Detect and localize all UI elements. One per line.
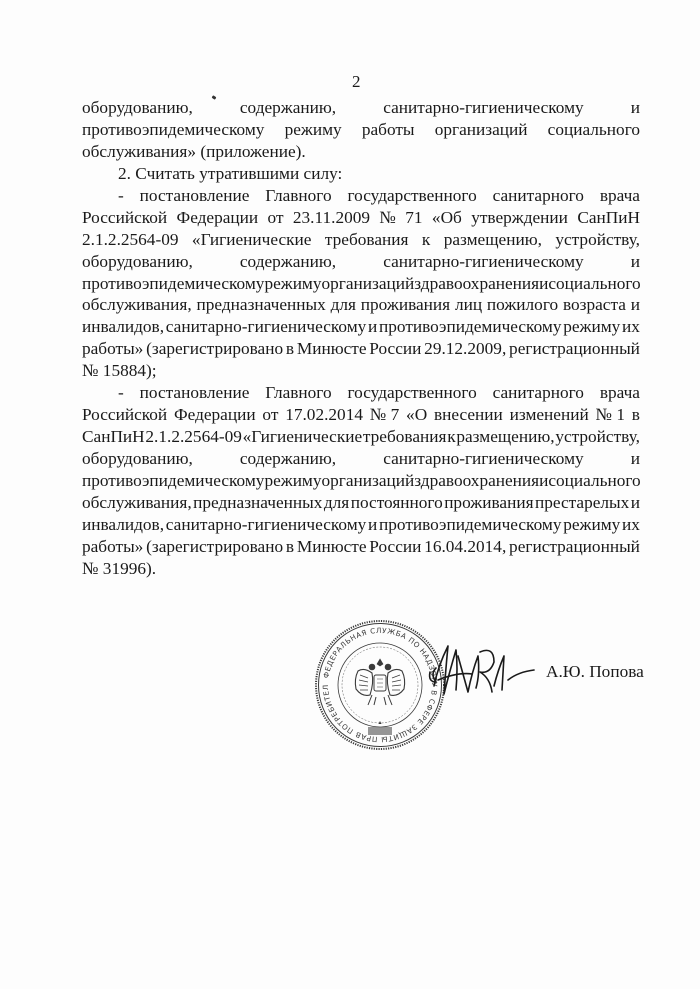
word: пожилого xyxy=(487,294,558,316)
word: санитарно-гигиеническому xyxy=(383,97,583,119)
word: - xyxy=(118,382,124,404)
word: постоянного xyxy=(351,492,443,514)
word: (зарегистрировано xyxy=(146,338,283,360)
word: «Гигиенические xyxy=(243,426,363,448)
word: для xyxy=(324,492,349,514)
text-line: 2.1.2.2564-09«Гигиеническиетребованиякра… xyxy=(82,229,640,251)
word: и xyxy=(539,273,548,295)
page-number: 2 xyxy=(352,73,361,90)
word: Российской xyxy=(82,404,167,426)
word: России xyxy=(369,338,421,360)
word: (зарегистрировано xyxy=(146,536,283,558)
text-line: обслуживания,предназначенныхдляпостоянно… xyxy=(82,492,640,514)
svg-text:ФЕДЕРАЛЬНАЯ СЛУЖБА ПО НАДЗОРУ: ФЕДЕРАЛЬНАЯ СЛУЖБА ПО НАДЗОРУ В СФЕРЕ ЗА… xyxy=(314,619,439,744)
text-line: -постановлениеГлавногогосударственногоса… xyxy=(82,185,640,207)
signer-name: А.Ю. Попова xyxy=(546,662,644,682)
text-line: инвалидов,санитарно-гигиеническомуипроти… xyxy=(82,316,640,338)
word: СанПиН xyxy=(82,426,145,448)
word: требования xyxy=(363,426,447,448)
text-line: работы»(зарегистрировановМинюстеРоссии16… xyxy=(82,536,640,558)
official-seal-icon: ФЕДЕРАЛЬНАЯ СЛУЖБА ПО НАДЗОРУ В СФЕРЕ ЗА… xyxy=(314,619,446,751)
word: от xyxy=(268,207,284,229)
word: «Об xyxy=(432,207,462,229)
word: СанПиН xyxy=(577,207,640,229)
word: организаций xyxy=(322,273,415,295)
text-line: работы»(зарегистрировановМинюстеРоссии29… xyxy=(82,338,640,360)
text-line: противоэпидемическомурежимуорганизацийзд… xyxy=(82,470,640,492)
word: 71 xyxy=(405,207,422,229)
word: и xyxy=(368,316,377,338)
word: режиму xyxy=(264,273,321,295)
text-line: 2. Считать утратившими силу: xyxy=(82,163,640,185)
word: врача xyxy=(600,185,640,207)
word: санитарно-гигиеническому xyxy=(383,251,583,273)
word: режиму xyxy=(563,316,620,338)
word: изменений xyxy=(510,404,589,426)
word: Федерации xyxy=(174,404,256,426)
word: здравоохранения xyxy=(414,470,539,492)
word: регистрационный xyxy=(509,536,640,558)
text-line: СанПиН2.1.2.2564-09«Гигиеническиетребова… xyxy=(82,426,640,448)
word: в xyxy=(286,338,294,360)
text-line: РоссийскойФедерацииот23.11.2009№71«Обутв… xyxy=(82,207,640,229)
text-line: инвалидов,санитарно-гигиеническомуипроти… xyxy=(82,514,640,536)
word: Главного xyxy=(265,185,331,207)
text-line: оборудованию,содержанию,санитарно-гигиен… xyxy=(82,251,640,273)
word: организаций xyxy=(435,119,528,141)
word: Минюсте xyxy=(297,536,367,558)
word: санитарного xyxy=(493,382,584,404)
word: проживания xyxy=(361,294,450,316)
word: внесении xyxy=(434,404,503,426)
word: № 1 xyxy=(596,404,625,426)
word: противоэпидемическому xyxy=(379,514,561,536)
text-line: противоэпидемическомурежимуработыорганиз… xyxy=(82,119,640,141)
word: к xyxy=(422,229,430,251)
document-body: оборудованию,содержанию,санитарно-гигиен… xyxy=(82,97,640,580)
word: Минюсте xyxy=(297,338,367,360)
word: здравоохранения xyxy=(414,273,539,295)
word: и xyxy=(631,294,640,316)
word: Федерации xyxy=(177,207,259,229)
text-line: -постановлениеГлавногогосударственногоса… xyxy=(82,382,640,404)
word: оборудованию, xyxy=(82,251,193,273)
word: «О xyxy=(406,404,427,426)
word: России xyxy=(369,536,421,558)
word: противоэпидемическому xyxy=(82,119,264,141)
text-line: оборудованию,содержанию,санитарно-гигиен… xyxy=(82,448,640,470)
word: оборудованию, xyxy=(82,97,193,119)
word: № 7 xyxy=(370,404,399,426)
word: 2.1.2.2564-09 xyxy=(145,426,241,448)
word: инвалидов, xyxy=(82,514,164,536)
word: и xyxy=(631,251,640,273)
word: и xyxy=(368,514,377,536)
word: размещению, xyxy=(456,426,554,448)
word: 29.12.2009, xyxy=(424,338,506,360)
word: противоэпидемическому xyxy=(82,273,264,295)
word: 16.04.2014, xyxy=(424,536,506,558)
word: режиму xyxy=(285,119,342,141)
word: в xyxy=(632,404,640,426)
word: обслуживания, xyxy=(82,294,192,316)
word: Главного xyxy=(265,382,331,404)
text-line: № 15884); xyxy=(82,360,640,382)
word: содержанию, xyxy=(240,251,336,273)
word: 23.11.2009 xyxy=(293,207,370,229)
text-line: обслуживания» (приложение). xyxy=(82,141,640,163)
word: работы xyxy=(362,119,415,141)
word: противоэпидемическому xyxy=(379,316,561,338)
word: организаций xyxy=(322,470,415,492)
word: санитарного xyxy=(493,185,584,207)
text-line: № 31996). xyxy=(82,558,640,580)
word: режиму xyxy=(563,514,620,536)
word: содержанию, xyxy=(240,97,336,119)
document-page: 2 оборудованию,содержанию,санитарно-гиги… xyxy=(0,0,700,989)
text-line: оборудованию,содержанию,санитарно-гигиен… xyxy=(82,97,640,119)
word: регистрационный xyxy=(509,338,640,360)
word: предназначенных xyxy=(197,294,326,316)
word: социального xyxy=(548,273,640,295)
word: возраста xyxy=(563,294,626,316)
word: социального xyxy=(548,470,640,492)
text-line: противоэпидемическомурежимуорганизацийзд… xyxy=(82,273,640,295)
word: размещению, xyxy=(444,229,542,251)
word: для xyxy=(331,294,356,316)
word: и xyxy=(631,492,640,514)
word: «Гигиенические xyxy=(192,229,312,251)
word: режиму xyxy=(264,470,321,492)
word: оборудованию, xyxy=(82,448,193,470)
word: лиц xyxy=(455,294,482,316)
word: к xyxy=(447,426,455,448)
word: проживания xyxy=(444,492,533,514)
word: санитарно-гигиеническому xyxy=(166,514,366,536)
word: - xyxy=(118,185,124,207)
word: и xyxy=(631,97,640,119)
handwritten-signature xyxy=(428,636,538,706)
word: в xyxy=(286,536,294,558)
word: государственного xyxy=(348,382,477,404)
word: санитарно-гигиеническому xyxy=(166,316,366,338)
word: 2.1.2.2564-09 xyxy=(82,229,178,251)
word: противоэпидемическому xyxy=(82,470,264,492)
word: устройству, xyxy=(555,229,640,251)
word: инвалидов, xyxy=(82,316,164,338)
word: санитарно-гигиеническому xyxy=(383,448,583,470)
word: государственного xyxy=(348,185,477,207)
word: и xyxy=(539,470,548,492)
word: их xyxy=(622,514,640,536)
word: престарелых xyxy=(535,492,629,514)
word: требования xyxy=(325,229,409,251)
word: устройству, xyxy=(555,426,640,448)
word: постановление xyxy=(140,185,250,207)
word: постановление xyxy=(140,382,250,404)
text-line: обслуживания,предназначенныхдляпроживани… xyxy=(82,294,640,316)
word: обслуживания, xyxy=(82,492,192,514)
word: и xyxy=(631,448,640,470)
word: Российской xyxy=(82,207,167,229)
word: утверждении xyxy=(471,207,568,229)
word: их xyxy=(622,316,640,338)
text-line: РоссийскойФедерацииот17.02.2014№ 7«Овнес… xyxy=(82,404,640,426)
word: № xyxy=(379,207,396,229)
word: содержанию, xyxy=(240,448,336,470)
word: 17.02.2014 xyxy=(285,404,363,426)
word: работы» xyxy=(82,338,143,360)
word: предназначенных xyxy=(193,492,322,514)
word: социального xyxy=(548,119,640,141)
word: врача xyxy=(600,382,640,404)
word: работы» xyxy=(82,536,143,558)
word: от xyxy=(262,404,278,426)
